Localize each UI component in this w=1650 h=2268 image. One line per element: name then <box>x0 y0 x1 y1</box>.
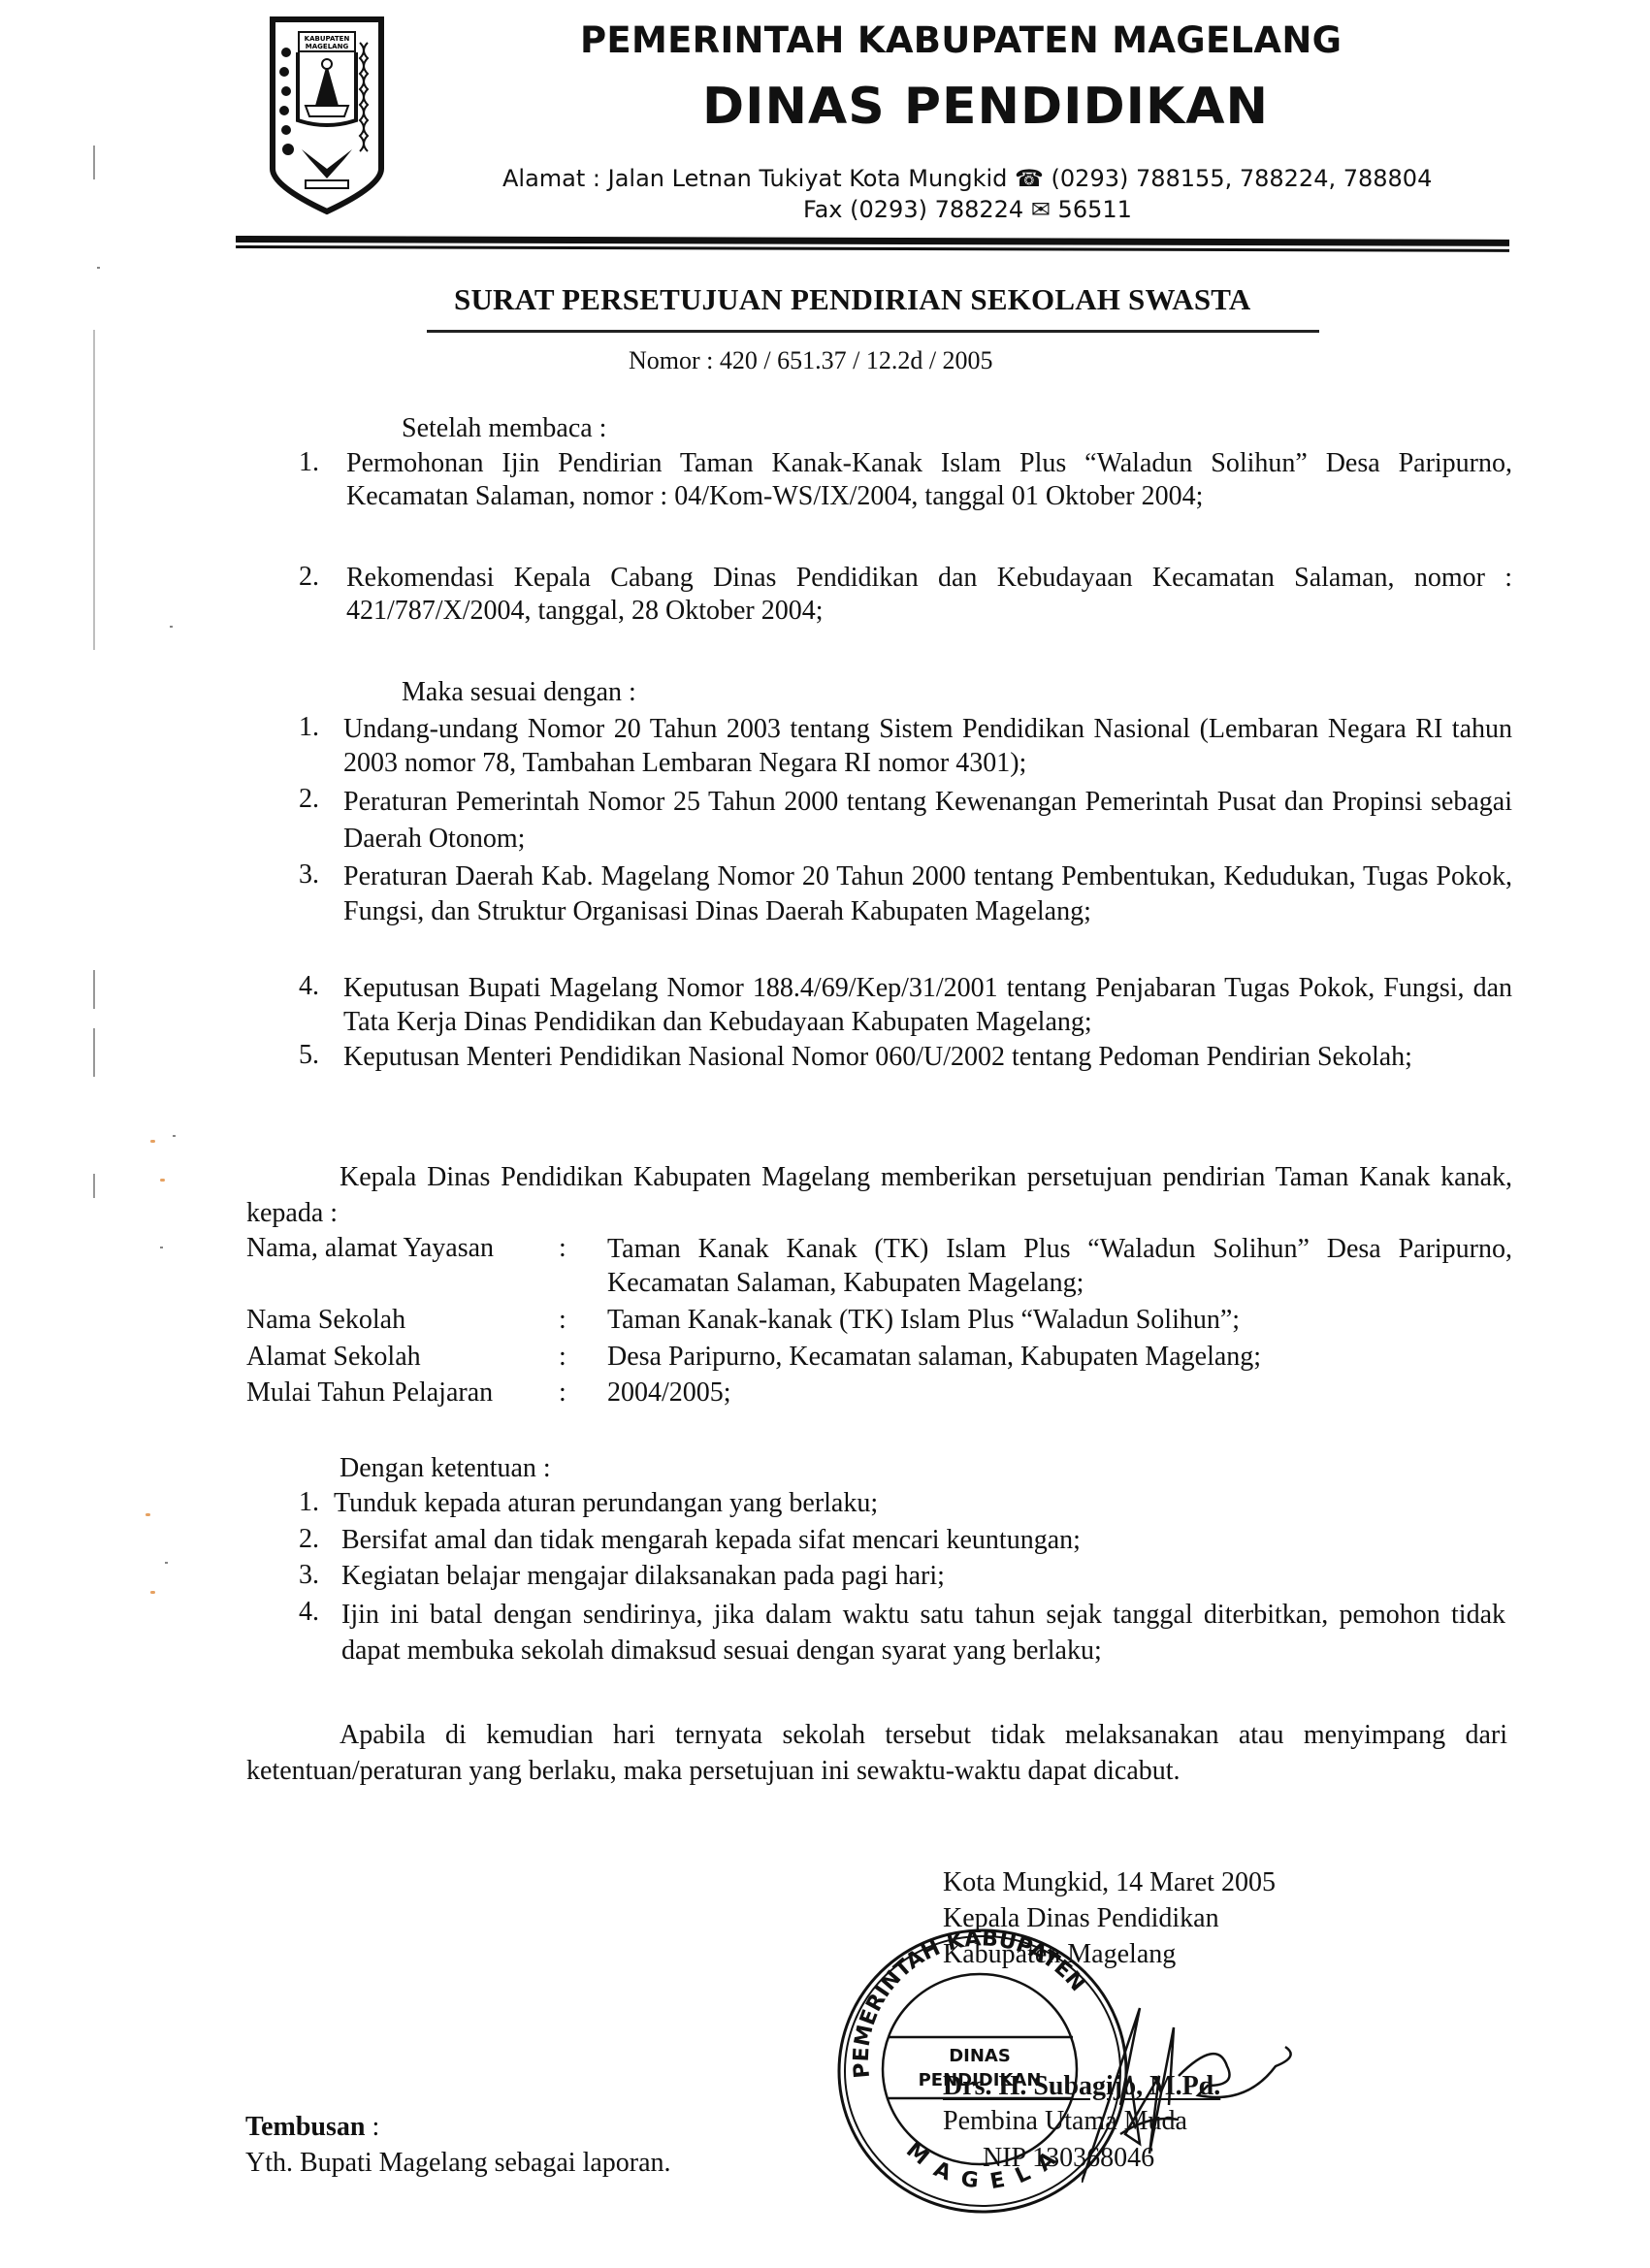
field-separator: : <box>559 1377 566 1409</box>
considering-item: Permohonan Ijin Pendirian Taman Kanak-Ka… <box>346 447 1512 513</box>
considering-item: Rekomendasi Kepala Cabang Dinas Pendidik… <box>346 562 1512 628</box>
pursuant-item: Keputusan Menteri Pendidikan Nasional No… <box>343 1040 1512 1074</box>
signer-rank: Pembina Utama Muda <box>943 2106 1187 2137</box>
document-number: Nomor : 420 / 651.37 / 12.2d / 2005 <box>629 346 993 375</box>
copy-heading: Tembusan <box>245 2112 365 2142</box>
condition-item: Bersifat amal dan tidak mengarah kepada … <box>341 1524 1081 1556</box>
approval-intro: Kepala Dinas Pendidikan Kabupaten Magela… <box>246 1159 1512 1231</box>
conditions-heading: Dengan ketentuan : <box>340 1452 551 1484</box>
pursuant-item: Keputusan Bupati Magelang Nomor 188.4/69… <box>343 971 1512 1039</box>
svg-text:DINAS: DINAS <box>949 2046 1011 2066</box>
list-number: 3. <box>299 1560 319 1591</box>
list-number: 4. <box>299 971 319 1002</box>
regency-crest-icon: KABUPATEN MAGELANG <box>267 14 387 217</box>
field-label-foundation: Nama, alamat Yayasan <box>246 1232 494 1264</box>
condition-item: Ijin ini batal dengan sendirinya, jika d… <box>341 1597 1505 1669</box>
list-number: 2. <box>299 562 319 593</box>
field-label-school-name: Nama Sekolah <box>246 1304 405 1336</box>
department-name: DINAS PENDIDIKAN <box>702 78 1269 136</box>
document-title: SURAT PERSETUJUAN PENDIRIAN SEKOLAH SWAS… <box>454 282 1250 317</box>
field-value-foundation: Taman Kanak Kanak (TK) Islam Plus “Walad… <box>607 1232 1512 1300</box>
title-underline <box>427 330 1319 333</box>
list-number: 1. <box>299 712 319 743</box>
office-fax: Fax (0293) 788224 ✉ 56511 <box>803 196 1132 223</box>
list-number: 5. <box>299 1040 319 1071</box>
list-number: 2. <box>299 784 319 815</box>
svg-text:KABUPATEN: KABUPATEN <box>305 35 350 43</box>
signer-office: Kabupaten Magelang <box>943 1939 1176 1970</box>
condition-item: Kegiatan belajar mengajar dilaksanakan p… <box>341 1560 945 1592</box>
considering-heading: Setelah membaca : <box>402 412 606 444</box>
svg-text:MAGELANG: MAGELANG <box>306 43 349 50</box>
signer-nip: NIP 130368046 <box>983 2143 1154 2174</box>
list-number: 1. <box>299 447 319 478</box>
copy-heading-sep: : <box>365 2112 379 2142</box>
list-number: 4. <box>299 1597 319 1628</box>
copy-recipient: Yth. Bupati Magelang sebagai laporan. <box>245 2148 671 2179</box>
closing-paragraph: Apabila di kemudian hari ternyata sekola… <box>246 1717 1507 1789</box>
field-value-start-year: 2004/2005; <box>607 1377 731 1409</box>
government-name: PEMERINTAH KABUPATEN MAGELANG <box>580 19 1342 61</box>
field-separator: : <box>559 1341 566 1373</box>
letterhead-rule <box>236 236 1509 246</box>
condition-item: Tunduk kepada aturan perundangan yang be… <box>334 1487 878 1519</box>
pursuant-item: Peraturan Pemerintah Nomor 25 Tahun 2000… <box>343 784 1512 858</box>
list-number: 1. <box>299 1487 319 1518</box>
field-separator: : <box>559 1232 566 1264</box>
field-value-school-name: Taman Kanak-kanak (TK) Islam Plus “Walad… <box>607 1304 1240 1336</box>
signer-name: Drs. H. Subagijo, M.Pd. <box>943 2071 1220 2102</box>
field-label-school-address: Alamat Sekolah <box>246 1341 421 1373</box>
list-number: 2. <box>299 1524 319 1555</box>
letterhead-rule-thin <box>236 245 1509 252</box>
pursuant-item: Undang-undang Nomor 20 Tahun 2003 tentan… <box>343 712 1512 780</box>
signer-position: Kepala Dinas Pendidikan <box>943 1903 1219 1934</box>
field-separator: : <box>559 1304 566 1336</box>
pursuant-item: Peraturan Daerah Kab. Magelang Nomor 20 … <box>343 859 1512 929</box>
pursuant-heading: Maka sesuai dengan : <box>402 676 636 708</box>
field-label-start-year: Mulai Tahun Pelajaran <box>246 1377 493 1409</box>
copy-heading-line: Tembusan : <box>245 2112 379 2143</box>
field-value-school-address: Desa Paripurno, Kecamatan salaman, Kabup… <box>607 1341 1261 1373</box>
list-number: 3. <box>299 859 319 891</box>
office-address: Alamat : Jalan Letnan Tukiyat Kota Mungk… <box>502 165 1432 192</box>
place-date: Kota Mungkid, 14 Maret 2005 <box>943 1867 1276 1898</box>
